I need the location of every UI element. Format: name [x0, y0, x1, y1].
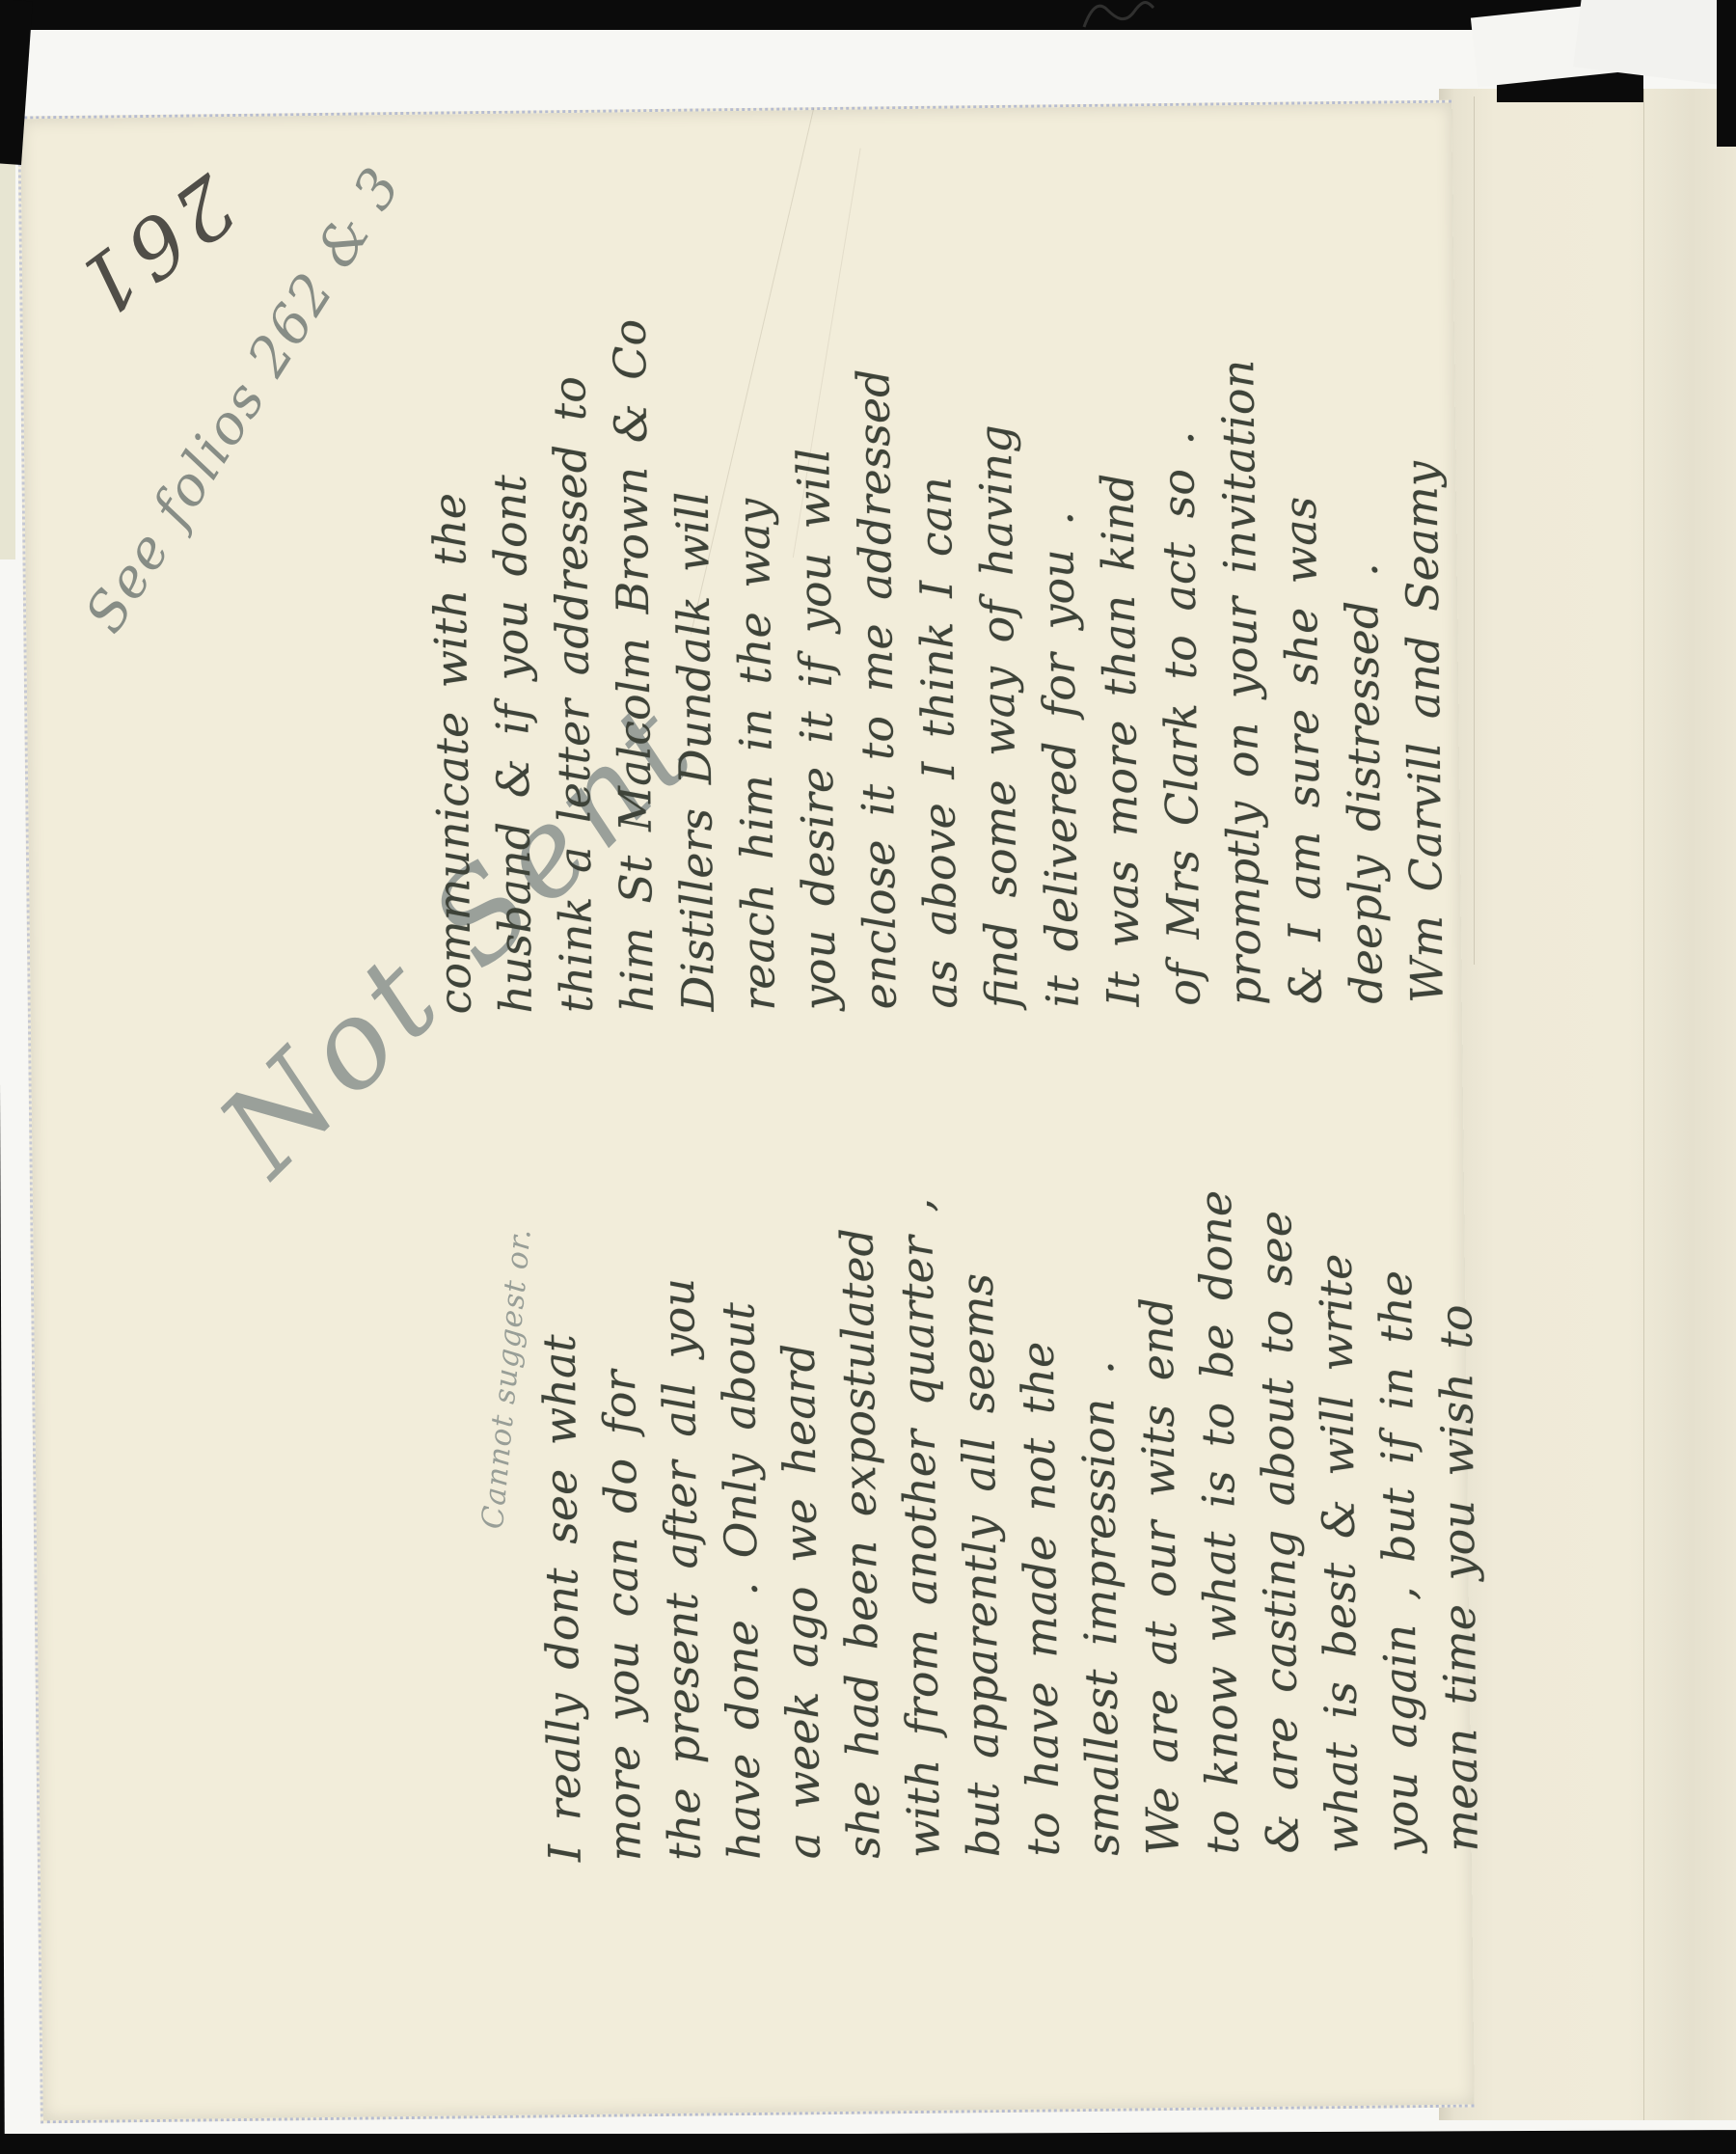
ink-line: reach him in the way — [721, 239, 791, 1012]
ink-line: but apparently all seems — [946, 1018, 1016, 1858]
ink-line: & are casting about to see — [1245, 1014, 1315, 1854]
ink-line: think a letter addressed to — [539, 241, 609, 1014]
ink-line: it delivered for you . — [1025, 235, 1095, 1008]
ink-line: communicate with the — [418, 242, 487, 1015]
ink-line: to know what is to be done — [1185, 1015, 1255, 1855]
letter-folio-page: 261 See folios 262 & 3 Not Sent Cannot s… — [17, 100, 1475, 2124]
ink-line: with from another quarter , — [886, 1019, 956, 1859]
ink-line: promptly on your invitation — [1207, 233, 1277, 1006]
ink-line: to have made not the — [1006, 1017, 1075, 1857]
page-edge-sliver — [0, 145, 15, 559]
letter-right-column-text: communicate with thehusband & if you don… — [418, 232, 1459, 1015]
ink-line: you desire it if you will — [782, 238, 852, 1011]
ink-line: deeply distressed . — [1329, 232, 1398, 1004]
ink-line: she had been expostulated — [827, 1019, 896, 1859]
ink-line: We are at our wits end — [1126, 1016, 1195, 1856]
ink-line: have done . Only about — [707, 1021, 776, 1861]
ink-line: a week ago we heard — [767, 1020, 836, 1860]
ink-line: enclose it to me addressed — [843, 237, 912, 1010]
ink-line: & I am sure she was — [1268, 232, 1338, 1005]
ink-line: Distillers Dundalk will — [661, 239, 730, 1012]
ink-line: Wm Carvill and Seamy — [1390, 232, 1459, 1004]
letter-left-column-text: I really dont see whatmore you can do fo… — [528, 1012, 1494, 1862]
ink-line: find some way of having — [964, 236, 1034, 1009]
ink-line: mean time you wish to — [1424, 1012, 1494, 1852]
ink-line: the present after all you — [647, 1021, 717, 1861]
adjacent-page-deckle-line — [1643, 89, 1645, 2120]
scanner-background-bottom — [0, 2134, 1736, 2154]
ink-line: as above I think I can — [904, 236, 973, 1009]
ink-line: what is best & will write — [1305, 1014, 1374, 1854]
letter-right-column: communicate with thehusband & if you don… — [418, 232, 1463, 1015]
ink-line: smallest impression . — [1066, 1017, 1135, 1857]
ink-line: It was more than kind — [1086, 234, 1155, 1007]
ink-line: more you can do for — [587, 1022, 657, 1862]
ink-line: I really dont see what — [528, 1022, 597, 1863]
scanner-background-right-edge — [1717, 0, 1736, 147]
ink-line: husband & if you dont — [478, 241, 548, 1014]
ink-line: of Mrs Clark to act so . — [1147, 234, 1216, 1007]
page-fold-crease — [1474, 96, 1476, 965]
scanned-letter-photo: 261 See folios 262 & 3 Not Sent Cannot s… — [0, 0, 1736, 2154]
folio-number-stamp: 261 — [54, 157, 253, 340]
letter-left-column: I really dont see whatmore you can do fo… — [528, 1012, 1506, 1862]
ink-line: you again , but if in the — [1365, 1013, 1434, 1853]
ink-line: him St Malcolm Brown & Co — [600, 240, 669, 1013]
stray-ink-mark — [1078, 0, 1155, 29]
